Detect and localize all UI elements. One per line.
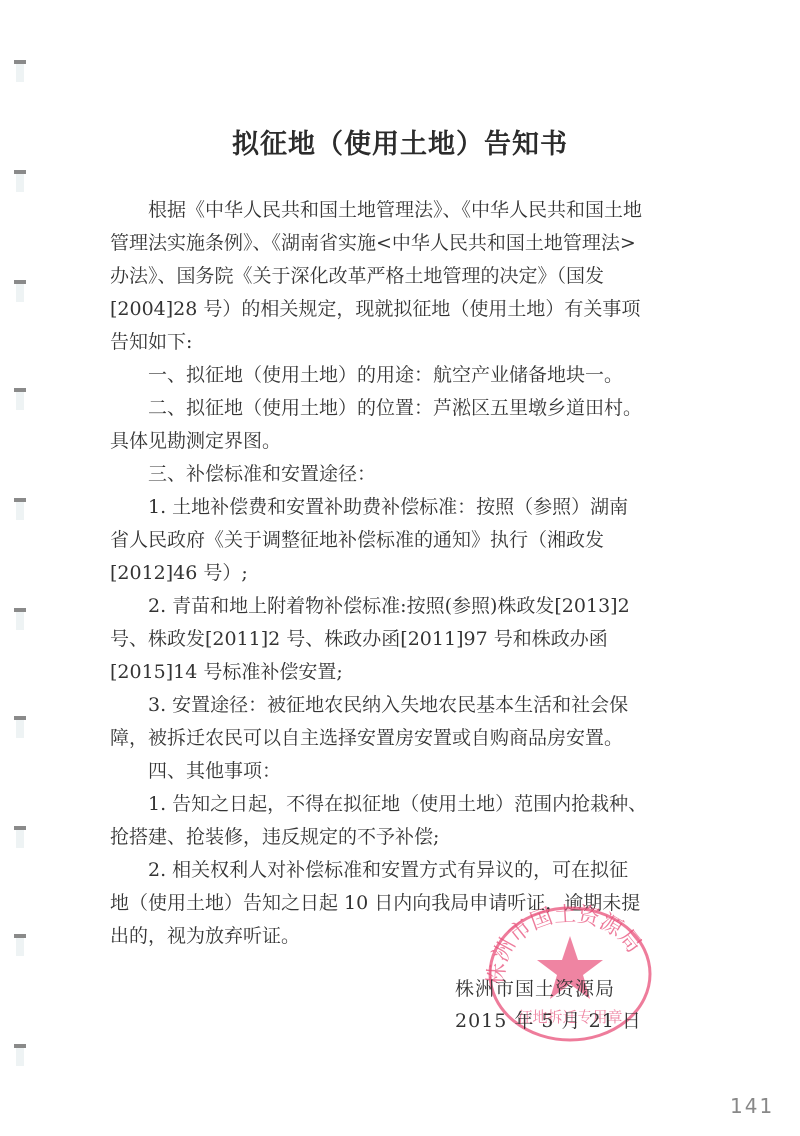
binding-hole-mark: [14, 498, 26, 520]
binding-hole-mark: [14, 826, 26, 848]
binding-hole-mark: [14, 170, 26, 192]
body-line: 1. 土地补偿费和安置补助费补偿标准：按照（参照）湖南: [148, 495, 628, 519]
body-line: 具体见勘测定界图。: [110, 429, 281, 453]
handwritten-page-number: 141: [730, 1094, 774, 1118]
body-line: 2. 青苗和地上附着物补偿标准:按照(参照)株政发[2013]2: [148, 594, 630, 618]
body-line: 根据《中华人民共和国土地管理法》、《中华人民共和国土地: [148, 198, 642, 222]
body-line: 3. 安置途径：被征地农民纳入失地农民基本生活和社会保: [148, 693, 628, 717]
body-line: 省人民政府《关于调整征地补偿标准的通知》执行（湘政发: [110, 528, 604, 552]
body-line: 二、拟征地（使用土地）的位置：芦淞区五里墩乡道田村。: [148, 396, 642, 420]
body-line: [2004]28 号）的相关规定，现就拟征地（使用土地）有关事项: [110, 297, 640, 321]
body-line: 出的，视为放弃听证。: [110, 924, 300, 948]
body-line: 三、补偿标准和安置途径：: [148, 462, 376, 486]
issue-date: 2015 年 5 月 21 日: [455, 1006, 642, 1033]
binding-hole-mark: [14, 60, 26, 82]
binding-hole-mark: [14, 716, 26, 738]
binding-hole-mark: [14, 388, 26, 410]
body-line: 抢搭建、抢装修，违反规定的不予补偿;: [110, 825, 439, 849]
document-title: 拟征地（使用土地）告知书: [0, 122, 800, 161]
body-line: [2015]14 号标准补偿安置;: [110, 660, 343, 684]
body-line: 管理法实施条例》、《湖南省实施<中华人民共和国土地管理法>: [110, 231, 636, 255]
issuer-name: 株洲市国土资源局: [455, 974, 615, 1001]
binding-hole-mark: [14, 608, 26, 630]
body-line: 1. 告知之日起，不得在拟征地（使用土地）范围内抢栽种、: [148, 792, 647, 816]
body-line: 四、其他事项：: [148, 759, 281, 783]
binding-hole-mark: [14, 280, 26, 302]
body-line: 一、拟征地（使用土地）的用途：航空产业储备地块一。: [148, 363, 623, 387]
binding-hole-mark: [14, 934, 26, 956]
body-line: 号、株政发[2011]2 号、株政办函[2011]97 号和株政办函: [110, 627, 608, 651]
body-line: 办法》、国务院《关于深化改革严格土地管理的决定》（国发: [110, 264, 604, 288]
body-line: 障，被拆迁农民可以自主选择安置房安置或自购商品房安置。: [110, 726, 623, 750]
body-line: 告知如下:: [110, 330, 192, 354]
binding-hole-mark: [14, 1044, 26, 1066]
body-line: [2012]46 号）;: [110, 561, 248, 585]
body-line: 2. 相关权利人对补偿标准和安置方式有异议的，可在拟征: [148, 858, 628, 882]
